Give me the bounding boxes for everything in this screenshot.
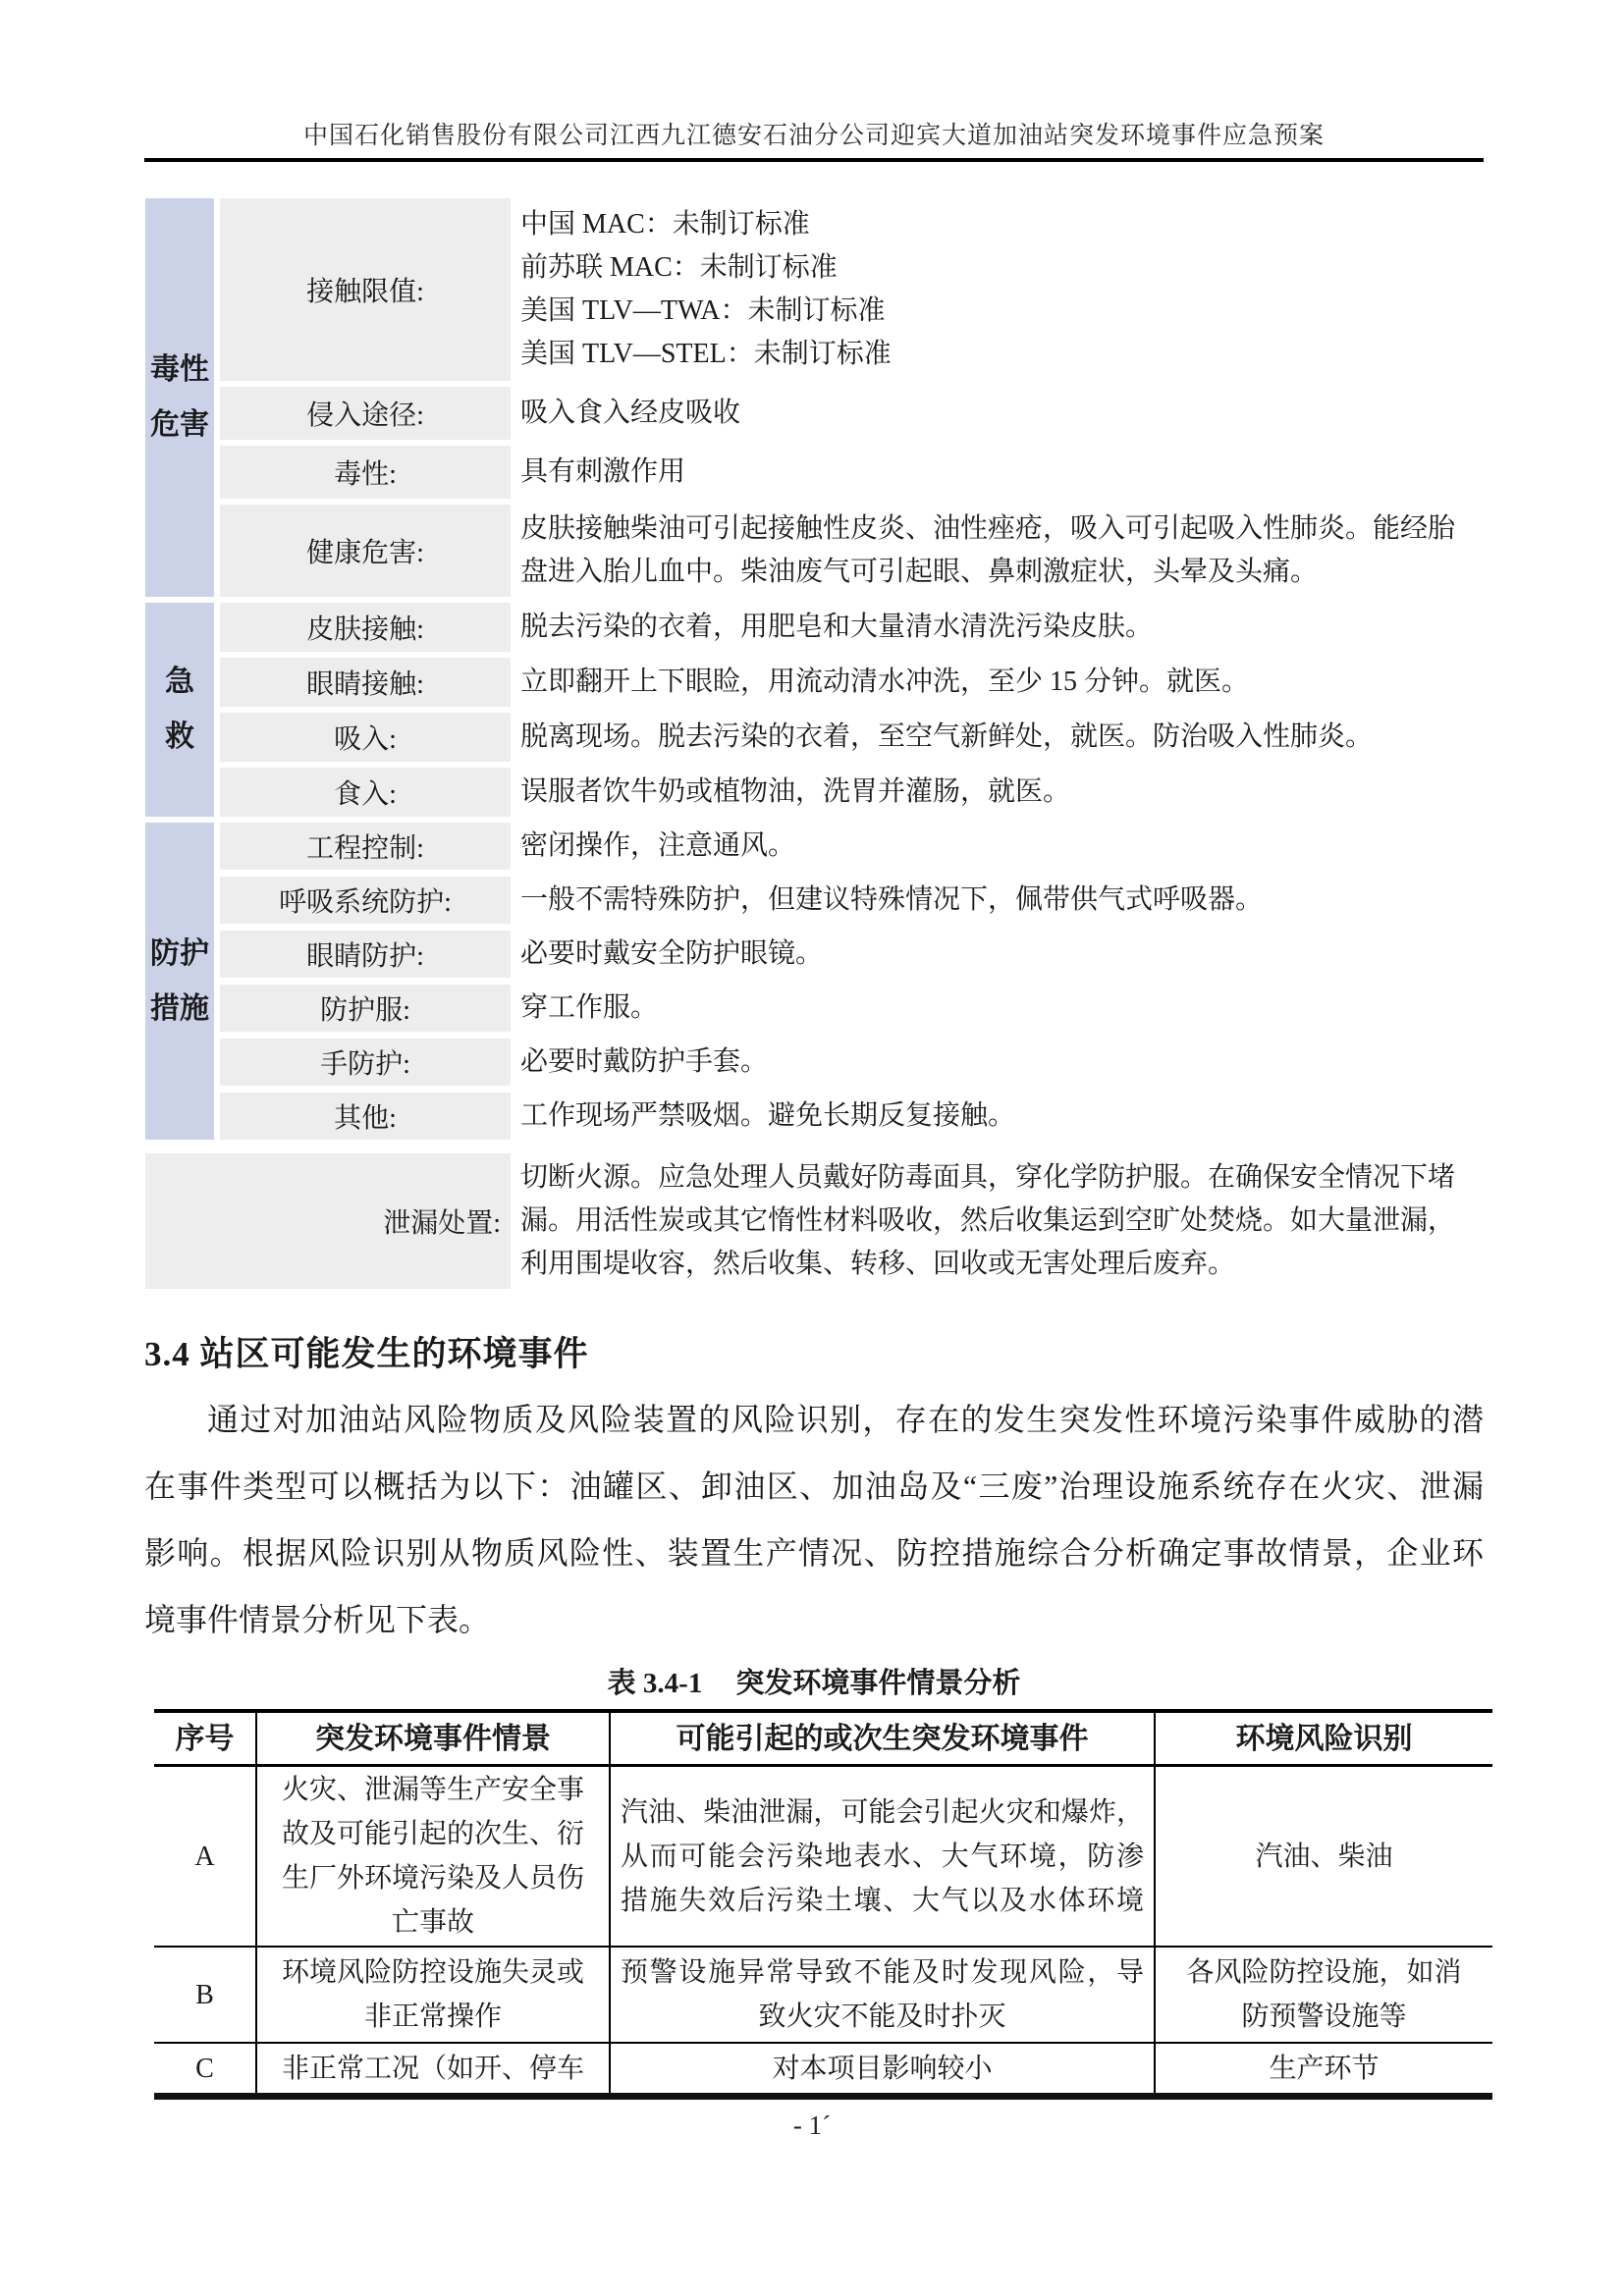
msds-row: 毒性: 具有刺激作用 bbox=[220, 446, 1483, 499]
msds-row-value: 必要时戴安全防护眼镜。 bbox=[520, 931, 1483, 978]
msds-row: 防护服: 穿工作服。 bbox=[220, 985, 1483, 1032]
cell-scenario: 火灾、泄漏等生产安全事故及可能引起的次生、衍生厂外环境污染及人员伤亡事故 bbox=[257, 1767, 611, 1946]
scenario-table: 序号 突发环境事件情景 可能引起的或次生突发环境事件 环境风险识别 A 火灾、泄… bbox=[154, 1709, 1492, 2100]
msds-row: 食入: 误服者饮牛奶或植物油，洗胃并灌肠，就医。 bbox=[220, 768, 1483, 817]
msds-row-label: 眼睛接触: bbox=[220, 658, 511, 707]
msds-row-label: 侵入途径: bbox=[220, 387, 511, 440]
paragraph-line: 境事件情景分析见下表。 bbox=[144, 1586, 1484, 1653]
msds-row-label: 其他: bbox=[220, 1093, 511, 1140]
leak-row-label: 泄漏处置: bbox=[145, 1153, 511, 1289]
msds-row-value: 脱去污染的衣着，用肥皂和大量清水清洗污染皮肤。 bbox=[520, 603, 1483, 652]
paragraph-line: 通过对加油站风险物质及风险装置的风险识别，存在的发生突发性环境污染事件威胁的潜 bbox=[144, 1386, 1484, 1453]
msds-row: 其他: 工作现场严禁吸烟。避免长期反复接触。 bbox=[220, 1093, 1483, 1140]
msds-row-value: 穿工作服。 bbox=[520, 985, 1483, 1032]
msds-section-first-aid: 急 救 皮肤接触: 脱去污染的衣着，用肥皂和大量清水清洗污染皮肤。 眼睛接触: … bbox=[145, 603, 1483, 817]
msds-row-label: 皮肤接触: bbox=[220, 603, 511, 652]
msds-row-label: 工程控制: bbox=[220, 823, 511, 870]
msds-row-label: 手防护: bbox=[220, 1039, 511, 1086]
col-header-secondary: 可能引起的或次生突发环境事件 bbox=[611, 1713, 1156, 1764]
msds-table: 毒性 危害 接触限值: 中国 MAC：未制订标准 前苏联 MAC：未制订标准 美… bbox=[145, 198, 1483, 1289]
body-paragraph: 通过对加油站风险物质及风险装置的风险识别，存在的发生突发性环境污染事件威胁的潜 … bbox=[144, 1386, 1484, 1653]
msds-row: 工程控制: 密闭操作，注意通风。 bbox=[220, 823, 1483, 870]
msds-row: 皮肤接触: 脱去污染的衣着，用肥皂和大量清水清洗污染皮肤。 bbox=[220, 603, 1483, 652]
cell-secondary: 对本项目影响较小 bbox=[611, 2044, 1156, 2093]
secondary-line: 措施失效后污染土壤、大气以及水体环境 bbox=[621, 1879, 1144, 1923]
paragraph-line: 影响。根据风险识别从物质风险性、装置生产情况、防控措施综合分析确定事故情景，企业… bbox=[144, 1520, 1484, 1586]
msds-row: 眼睛防护: 必要时戴安全防护眼镜。 bbox=[220, 931, 1483, 978]
msds-row: 眼睛接触: 立即翻开上下眼睑，用流动清水冲洗，至少 15 分钟。就医。 bbox=[220, 658, 1483, 707]
cell-secondary: 预警设施异常导致不能及时发现风险，导 致火灾不能及时扑灭 bbox=[611, 1948, 1156, 2042]
header-rule bbox=[144, 158, 1484, 162]
msds-row-value: 误服者饮牛奶或植物油，洗胃并灌肠，就医。 bbox=[520, 768, 1483, 817]
secondary-line: 预警设施异常导致不能及时发现风险，导 bbox=[621, 1950, 1144, 1995]
document-page: 中国石化销售股份有限公司江西九江德安石油分公司迎宾大道加油站突发环境事件应急预案… bbox=[0, 0, 1624, 2296]
section-side-label: 防护 措施 bbox=[145, 823, 214, 1140]
msds-row-value: 密闭操作，注意通风。 bbox=[520, 823, 1483, 870]
msds-row: 健康危害: 皮肤接触柴油可引起接触性皮炎、油性痤疮，吸入可引起吸入性肺炎。能经胎… bbox=[220, 505, 1483, 597]
secondary-line: 致火灾不能及时扑灭 bbox=[621, 1995, 1144, 2039]
value-line: 美国 TLV—TWA：未制订标准 bbox=[520, 290, 1467, 333]
table-caption-label: 表 3.4-1 bbox=[608, 1668, 703, 1699]
table-caption: 表 3.4-1突发环境事件情景分析 bbox=[144, 1667, 1484, 1700]
msds-row-value: 中国 MAC：未制订标准 前苏联 MAC：未制订标准 美国 TLV—TWA：未制… bbox=[520, 198, 1483, 381]
cell-risk: 生产环节 bbox=[1156, 2044, 1492, 2093]
table-caption-title: 突发环境事件情景分析 bbox=[735, 1668, 1020, 1699]
msds-row-value: 具有刺激作用 bbox=[520, 446, 1483, 499]
scenario-row-c: C 非正常工况（如开、停车 对本项目影响较小 生产环节 bbox=[154, 2042, 1492, 2093]
secondary-line: 对本项目影响较小 bbox=[621, 2047, 1144, 2091]
paragraph-line: 在事件类型可以概括为以下：油罐区、卸油区、加油岛及“三废”治理设施系统存在火灾、… bbox=[144, 1453, 1484, 1520]
msds-row-label: 毒性: bbox=[220, 446, 511, 499]
section-side-label: 急 救 bbox=[145, 603, 214, 817]
msds-row: 呼吸系统防护: 一般不需特殊防护，但建议特殊情况下，佩带供气式呼吸器。 bbox=[220, 877, 1483, 924]
cell-risk: 汽油、柴油 bbox=[1156, 1767, 1492, 1946]
msds-row-value: 工作现场严禁吸烟。避免长期反复接触。 bbox=[520, 1093, 1483, 1140]
scenario-header-row: 序号 突发环境事件情景 可能引起的或次生突发环境事件 环境风险识别 bbox=[154, 1713, 1492, 1767]
secondary-line: 从而可能会污染地表水、大气环境，防渗 bbox=[621, 1835, 1144, 1879]
section-heading: 3.4 站区可能发生的环境事件 bbox=[144, 1327, 589, 1376]
msds-row-value: 脱离现场。脱去污染的衣着，至空气新鲜处，就医。防治吸入性肺炎。 bbox=[520, 713, 1483, 762]
col-header-id: 序号 bbox=[154, 1713, 257, 1764]
cell-risk: 各风险防控设施，如消防预警设施等 bbox=[1156, 1948, 1492, 2042]
msds-row-value: 立即翻开上下眼睑，用流动清水冲洗，至少 15 分钟。就医。 bbox=[520, 658, 1483, 707]
cell-id: A bbox=[154, 1767, 257, 1946]
msds-row-label: 健康危害: bbox=[220, 505, 511, 597]
msds-row-label: 防护服: bbox=[220, 985, 511, 1032]
msds-row-value: 皮肤接触柴油可引起接触性皮炎、油性痤疮，吸入可引起吸入性肺炎。能经胎盘进入胎儿血… bbox=[520, 505, 1483, 597]
msds-row-label: 食入: bbox=[220, 768, 511, 817]
msds-row: 接触限值: 中国 MAC：未制订标准 前苏联 MAC：未制订标准 美国 TLV—… bbox=[220, 198, 1483, 381]
msds-row-label: 眼睛防护: bbox=[220, 931, 511, 978]
col-header-scenario: 突发环境事件情景 bbox=[257, 1713, 611, 1764]
cell-id: B bbox=[154, 1948, 257, 2042]
cell-scenario: 环境风险防控设施失灵或非正常操作 bbox=[257, 1948, 611, 2042]
leak-row-value: 切断火源。应急处理人员戴好防毒面具，穿化学防护服。在确保安全情况下堵漏。用活性炭… bbox=[520, 1153, 1483, 1289]
secondary-line: 汽油、柴油泄漏，可能会引起火灾和爆炸， bbox=[621, 1790, 1144, 1835]
msds-row-label: 呼吸系统防护: bbox=[220, 877, 511, 924]
msds-row: 手防护: 必要时戴防护手套。 bbox=[220, 1039, 1483, 1086]
msds-leak-row: 泄漏处置: 切断火源。应急处理人员戴好防毒面具，穿化学防护服。在确保安全情况下堵… bbox=[145, 1153, 1483, 1289]
cell-scenario: 非正常工况（如开、停车 bbox=[257, 2044, 611, 2093]
col-header-risk: 环境风险识别 bbox=[1156, 1713, 1492, 1764]
msds-row: 侵入途径: 吸入食入经皮吸收 bbox=[220, 387, 1483, 440]
cell-secondary: 汽油、柴油泄漏，可能会引起火灾和爆炸， 从而可能会污染地表水、大气环境，防渗 措… bbox=[611, 1767, 1156, 1946]
value-line: 前苏联 MAC：未制订标准 bbox=[520, 246, 1467, 290]
msds-row-value: 必要时戴防护手套。 bbox=[520, 1039, 1483, 1086]
page-number: - 1´ bbox=[0, 2110, 1624, 2141]
scenario-row-b: B 环境风险防控设施失灵或非正常操作 预警设施异常导致不能及时发现风险，导 致火… bbox=[154, 1946, 1492, 2042]
value-line: 美国 TLV—STEL：未制订标准 bbox=[520, 333, 1467, 376]
msds-row-value: 吸入食入经皮吸收 bbox=[520, 387, 1483, 440]
scenario-row-a: A 火灾、泄漏等生产安全事故及可能引起的次生、衍生厂外环境污染及人员伤亡事故 汽… bbox=[154, 1767, 1492, 1946]
msds-section-toxicity: 毒性 危害 接触限值: 中国 MAC：未制订标准 前苏联 MAC：未制订标准 美… bbox=[145, 198, 1483, 597]
msds-row-value: 一般不需特殊防护，但建议特殊情况下，佩带供气式呼吸器。 bbox=[520, 877, 1483, 924]
msds-row-label: 接触限值: bbox=[220, 198, 511, 381]
cell-id: C bbox=[154, 2044, 257, 2093]
msds-section-protection: 防护 措施 工程控制: 密闭操作，注意通风。 呼吸系统防护: 一般不需特殊防护，… bbox=[145, 823, 1483, 1140]
msds-row-label: 吸入: bbox=[220, 713, 511, 762]
document-header-title: 中国石化销售股份有限公司江西九江德安石油分公司迎宾大道加油站突发环境事件应急预案 bbox=[144, 116, 1484, 151]
section-side-label: 毒性 危害 bbox=[145, 198, 214, 597]
value-line: 中国 MAC：未制订标准 bbox=[520, 203, 1467, 246]
msds-row: 吸入: 脱离现场。脱去污染的衣着，至空气新鲜处，就医。防治吸入性肺炎。 bbox=[220, 713, 1483, 762]
